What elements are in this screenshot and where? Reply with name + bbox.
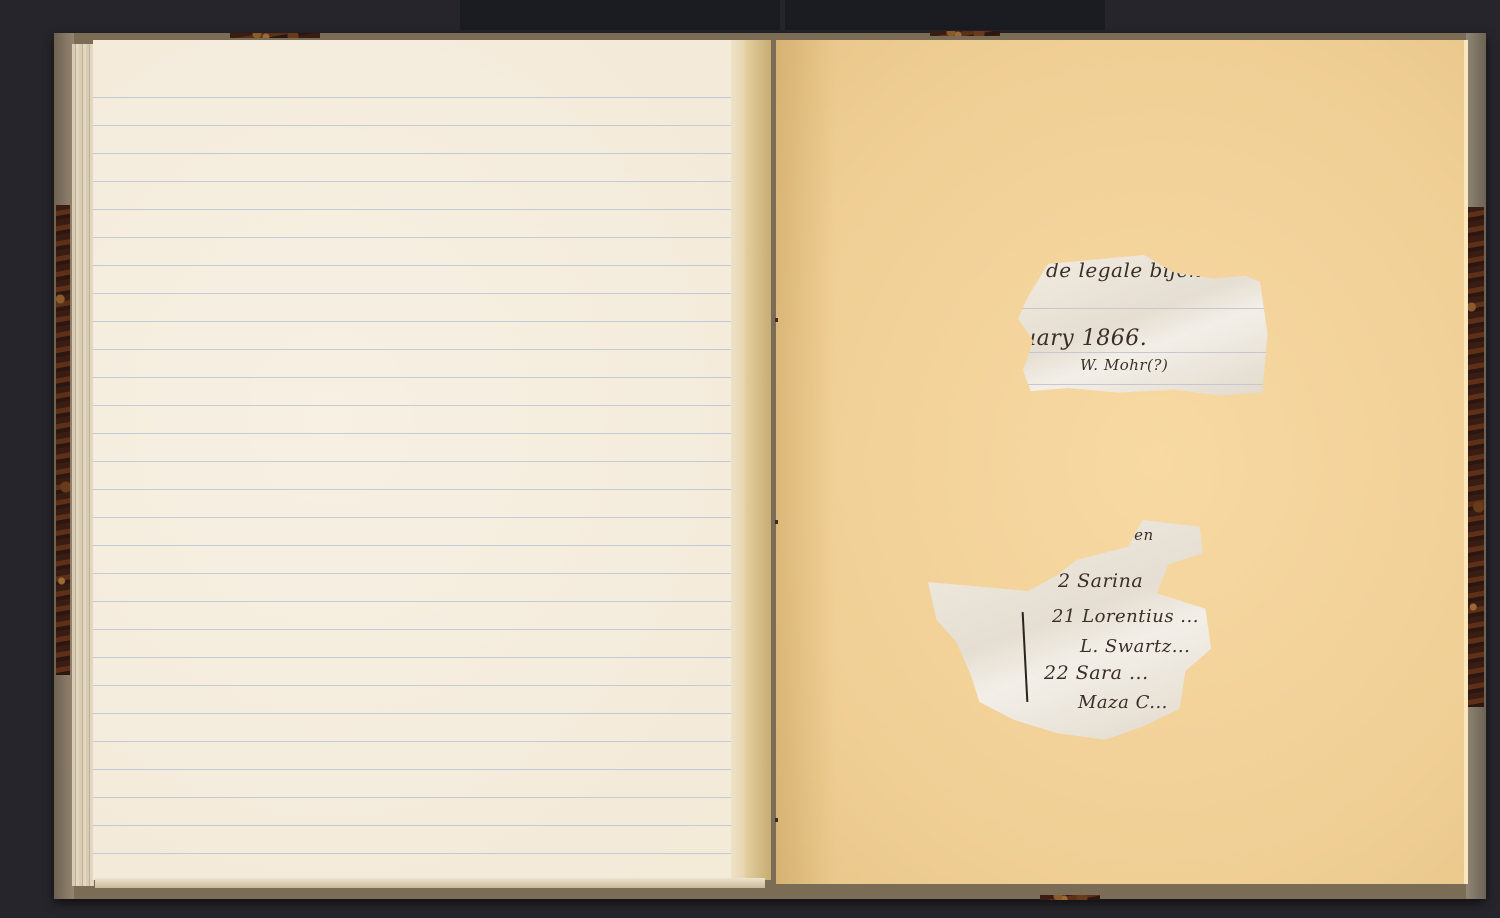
handwriting-line: Maza C... [1078, 692, 1168, 713]
binding-stitch [775, 318, 778, 322]
binding-stitch [775, 520, 778, 524]
right-page-edge [1464, 40, 1468, 884]
ruled-line [93, 657, 731, 658]
ruled-line [93, 293, 731, 294]
left-page-ruled [93, 40, 771, 880]
ruled-line [93, 741, 731, 742]
background-tab-right [785, 0, 1105, 30]
page-stack-edge [72, 44, 94, 886]
handwriting-date: uary 1866. [1022, 326, 1147, 351]
ruled-line [93, 153, 731, 154]
handwriting-signature: W. Mohr(?) [1080, 356, 1168, 374]
ruled-line [93, 853, 731, 854]
fragment-ink-line [1022, 612, 1029, 702]
ruled-line [93, 517, 731, 518]
fragment-rule [1018, 308, 1270, 309]
ruled-line [93, 713, 731, 714]
ruled-line [93, 209, 731, 210]
left-page-bottom-edge [95, 878, 765, 888]
background-tab-left [460, 0, 780, 30]
right-page [776, 40, 1468, 884]
marbled-board-left [56, 205, 70, 675]
marbled-edge-bottom-right [1040, 895, 1100, 900]
handwriting-line: 2 Sarina [1058, 570, 1143, 592]
ruled-line [93, 489, 731, 490]
binding-stitch [775, 818, 778, 822]
ruled-line [93, 545, 731, 546]
ruled-line [93, 265, 731, 266]
ruled-line [93, 573, 731, 574]
ruled-line [93, 405, 731, 406]
ruled-line [93, 461, 731, 462]
marbled-board-right [1466, 207, 1484, 707]
ruled-line [93, 349, 731, 350]
ruled-line [93, 825, 731, 826]
ruled-line [93, 601, 731, 602]
fragment-rule [1018, 384, 1270, 385]
marbled-edge-top-right [930, 31, 1000, 36]
fragment-rule [1018, 352, 1270, 353]
handwriting-line: 22 Sara ... [1044, 662, 1149, 684]
ruled-line [93, 629, 731, 630]
marbled-edge-top-left [230, 33, 320, 38]
handwriting-line: 21 Lorentius ... [1052, 606, 1199, 627]
ruled-line [93, 769, 731, 770]
handwriting-line: L. Swartz... [1080, 636, 1190, 657]
ruled-line [93, 181, 731, 182]
ruled-line [93, 685, 731, 686]
ruled-line [93, 125, 731, 126]
ruled-line [93, 377, 731, 378]
ruled-line [93, 797, 731, 798]
ruled-line [93, 237, 731, 238]
ruled-line [93, 321, 731, 322]
gutter-fold [745, 40, 771, 880]
ruled-line [93, 433, 731, 434]
ruled-line [93, 97, 731, 98]
